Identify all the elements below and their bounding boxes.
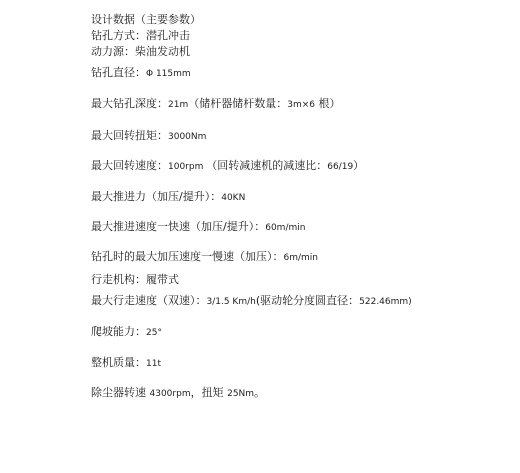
- spec-label: 钻孔方式：: [91, 29, 146, 42]
- spec-note-end: 。: [254, 386, 265, 399]
- spec-label: 最大钻孔深度：: [91, 97, 168, 110]
- spec-value: 柴油发动机: [135, 45, 190, 58]
- spec-value: 潜孔冲击: [146, 29, 190, 42]
- spec-max-thrust: 最大推进力（加压/提升）：40KN: [91, 190, 245, 205]
- spec-travel-mechanism: 行走机构：履带式: [91, 273, 179, 287]
- spec-note-value: 25Nm: [227, 389, 254, 399]
- spec-value: 25°: [146, 328, 162, 338]
- spec-label: 最大推进速度一快速（加压/提升）：: [91, 220, 265, 233]
- heading-text: 设计数据（主要参数）: [91, 13, 201, 26]
- spec-label: 除尘器转速: [91, 386, 150, 399]
- spec-note: （回转减速机的减速比：: [206, 159, 327, 172]
- spec-note-end: 根）: [315, 97, 341, 110]
- spec-value: 履带式: [146, 273, 179, 286]
- spec-label: 钻孔直径：: [91, 66, 146, 79]
- spec-machine-weight: 整机质量：11t: [91, 356, 161, 371]
- spec-note: (驱动轮分度圆直径：: [256, 294, 359, 307]
- spec-value: 3000Nm: [168, 132, 206, 142]
- spec-value: Φ 115mm: [146, 69, 191, 79]
- spec-max-feed-speed-slow: 钻孔时的最大加压速度一慢速（加压）：6m/min: [91, 250, 318, 265]
- spec-label: 行走机构：: [91, 273, 146, 286]
- spec-max-drill-depth: 最大钻孔深度：21m（储杆器储杆数量：3m×6 根）: [91, 97, 341, 112]
- spec-note-value: 522.46mm): [359, 297, 412, 307]
- spec-value: 40KN: [221, 193, 245, 203]
- spec-label: 钻孔时的最大加压速度一慢速（加压）：: [91, 250, 284, 263]
- spec-note: （储杆器储杆数量：: [188, 97, 287, 110]
- spec-power-source: 动力源：柴油发动机: [91, 45, 190, 59]
- spec-value: 3/1.5 Km/h: [207, 297, 256, 307]
- spec-note-value: 66/19: [327, 162, 353, 172]
- spec-max-travel-speed: 最大行走速度（双速）：3/1.5 Km/h(驱动轮分度圆直径：522.46mm): [91, 294, 412, 309]
- spec-label: 最大回转速度：: [91, 159, 168, 172]
- spec-value: 21m: [168, 100, 188, 110]
- spec-hole-diameter: 钻孔直径：Φ 115mm: [91, 66, 191, 81]
- spec-value: 4300rpm: [150, 389, 191, 399]
- spec-note-value: 3m×6: [287, 100, 315, 110]
- spec-label: 动力源：: [91, 45, 135, 58]
- spec-max-rotation-torque: 最大回转扭矩：3000Nm: [91, 129, 206, 144]
- spec-dust-collector: 除尘器转速 4300rpm，扭矩 25Nm。: [91, 386, 265, 401]
- spec-note: ，扭矩: [191, 386, 228, 399]
- spec-drilling-method: 钻孔方式：潜孔冲击: [91, 29, 190, 43]
- spec-max-rotation-speed: 最大回转速度：100rpm （回转减速机的减速比：66/19）: [91, 159, 364, 174]
- spec-value: 6m/min: [284, 253, 319, 263]
- spec-label: 最大回转扭矩：: [91, 129, 168, 142]
- spec-label: 最大推进力（加压/提升）：: [91, 190, 221, 203]
- spec-max-feed-speed-fast: 最大推进速度一快速（加压/提升）：60m/min: [91, 220, 305, 235]
- spec-value: 11t: [146, 359, 161, 369]
- spec-value: 60m/min: [265, 223, 305, 233]
- spec-label: 最大行走速度（双速）：: [91, 294, 207, 307]
- spec-climbing-ability: 爬坡能力：25°: [91, 325, 162, 340]
- spec-label: 爬坡能力：: [91, 325, 146, 338]
- spec-note-end: ）: [353, 159, 364, 172]
- section-heading: 设计数据（主要参数）: [91, 13, 201, 27]
- spec-label: 整机质量：: [91, 356, 146, 369]
- spec-value: 100rpm: [168, 162, 206, 172]
